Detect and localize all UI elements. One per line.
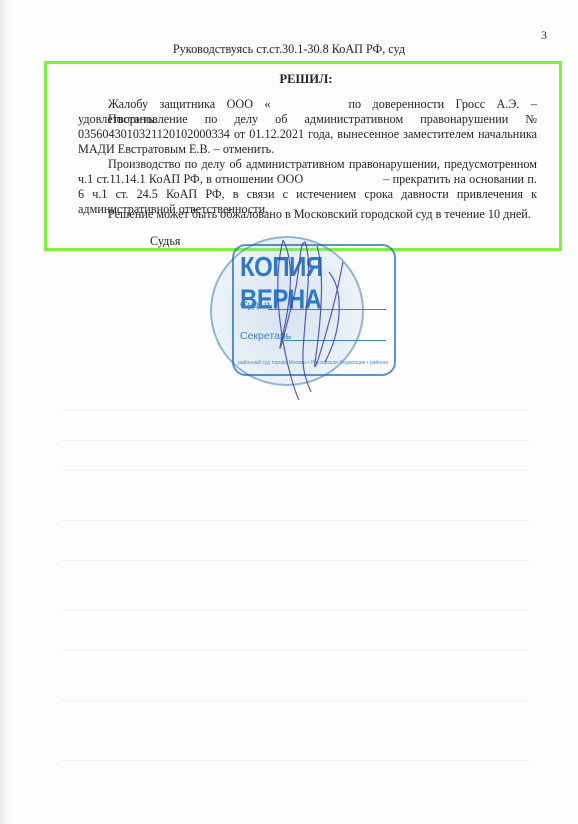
- appeal-text: Решение может быть обжаловано в Московск…: [108, 207, 531, 221]
- complaint-text-start: Жалобу защитника ООО «: [108, 97, 271, 111]
- intro-line: Руководствуясь ст.ст.30.1-30.8 КоАП РФ, …: [0, 42, 578, 57]
- decision-heading: РЕШИЛ:: [47, 72, 565, 87]
- bleed-through-line: [60, 560, 530, 561]
- bleed-through-line: [60, 760, 530, 761]
- judge-label: Судья: [150, 234, 181, 249]
- bleed-through-line: [60, 650, 530, 651]
- bleed-through-line: [60, 520, 530, 521]
- bleed-through-line: [60, 610, 530, 611]
- bleed-through-line: [60, 700, 530, 701]
- paragraph-appeal: Решение может быть обжаловано в Московск…: [78, 207, 537, 222]
- bleed-through-line: [60, 440, 530, 441]
- resolution-text: Постановление по делу об административно…: [78, 112, 537, 156]
- document-page: 3 Руководствуясь ст.ст.30.1-30.8 КоАП РФ…: [0, 0, 578, 824]
- paragraph-resolution: Постановление по делу об административно…: [78, 112, 537, 157]
- bleed-through-line: [60, 470, 530, 471]
- signature-icon: [255, 232, 365, 402]
- page-number: 3: [541, 28, 547, 43]
- bleed-through-line: [60, 410, 530, 411]
